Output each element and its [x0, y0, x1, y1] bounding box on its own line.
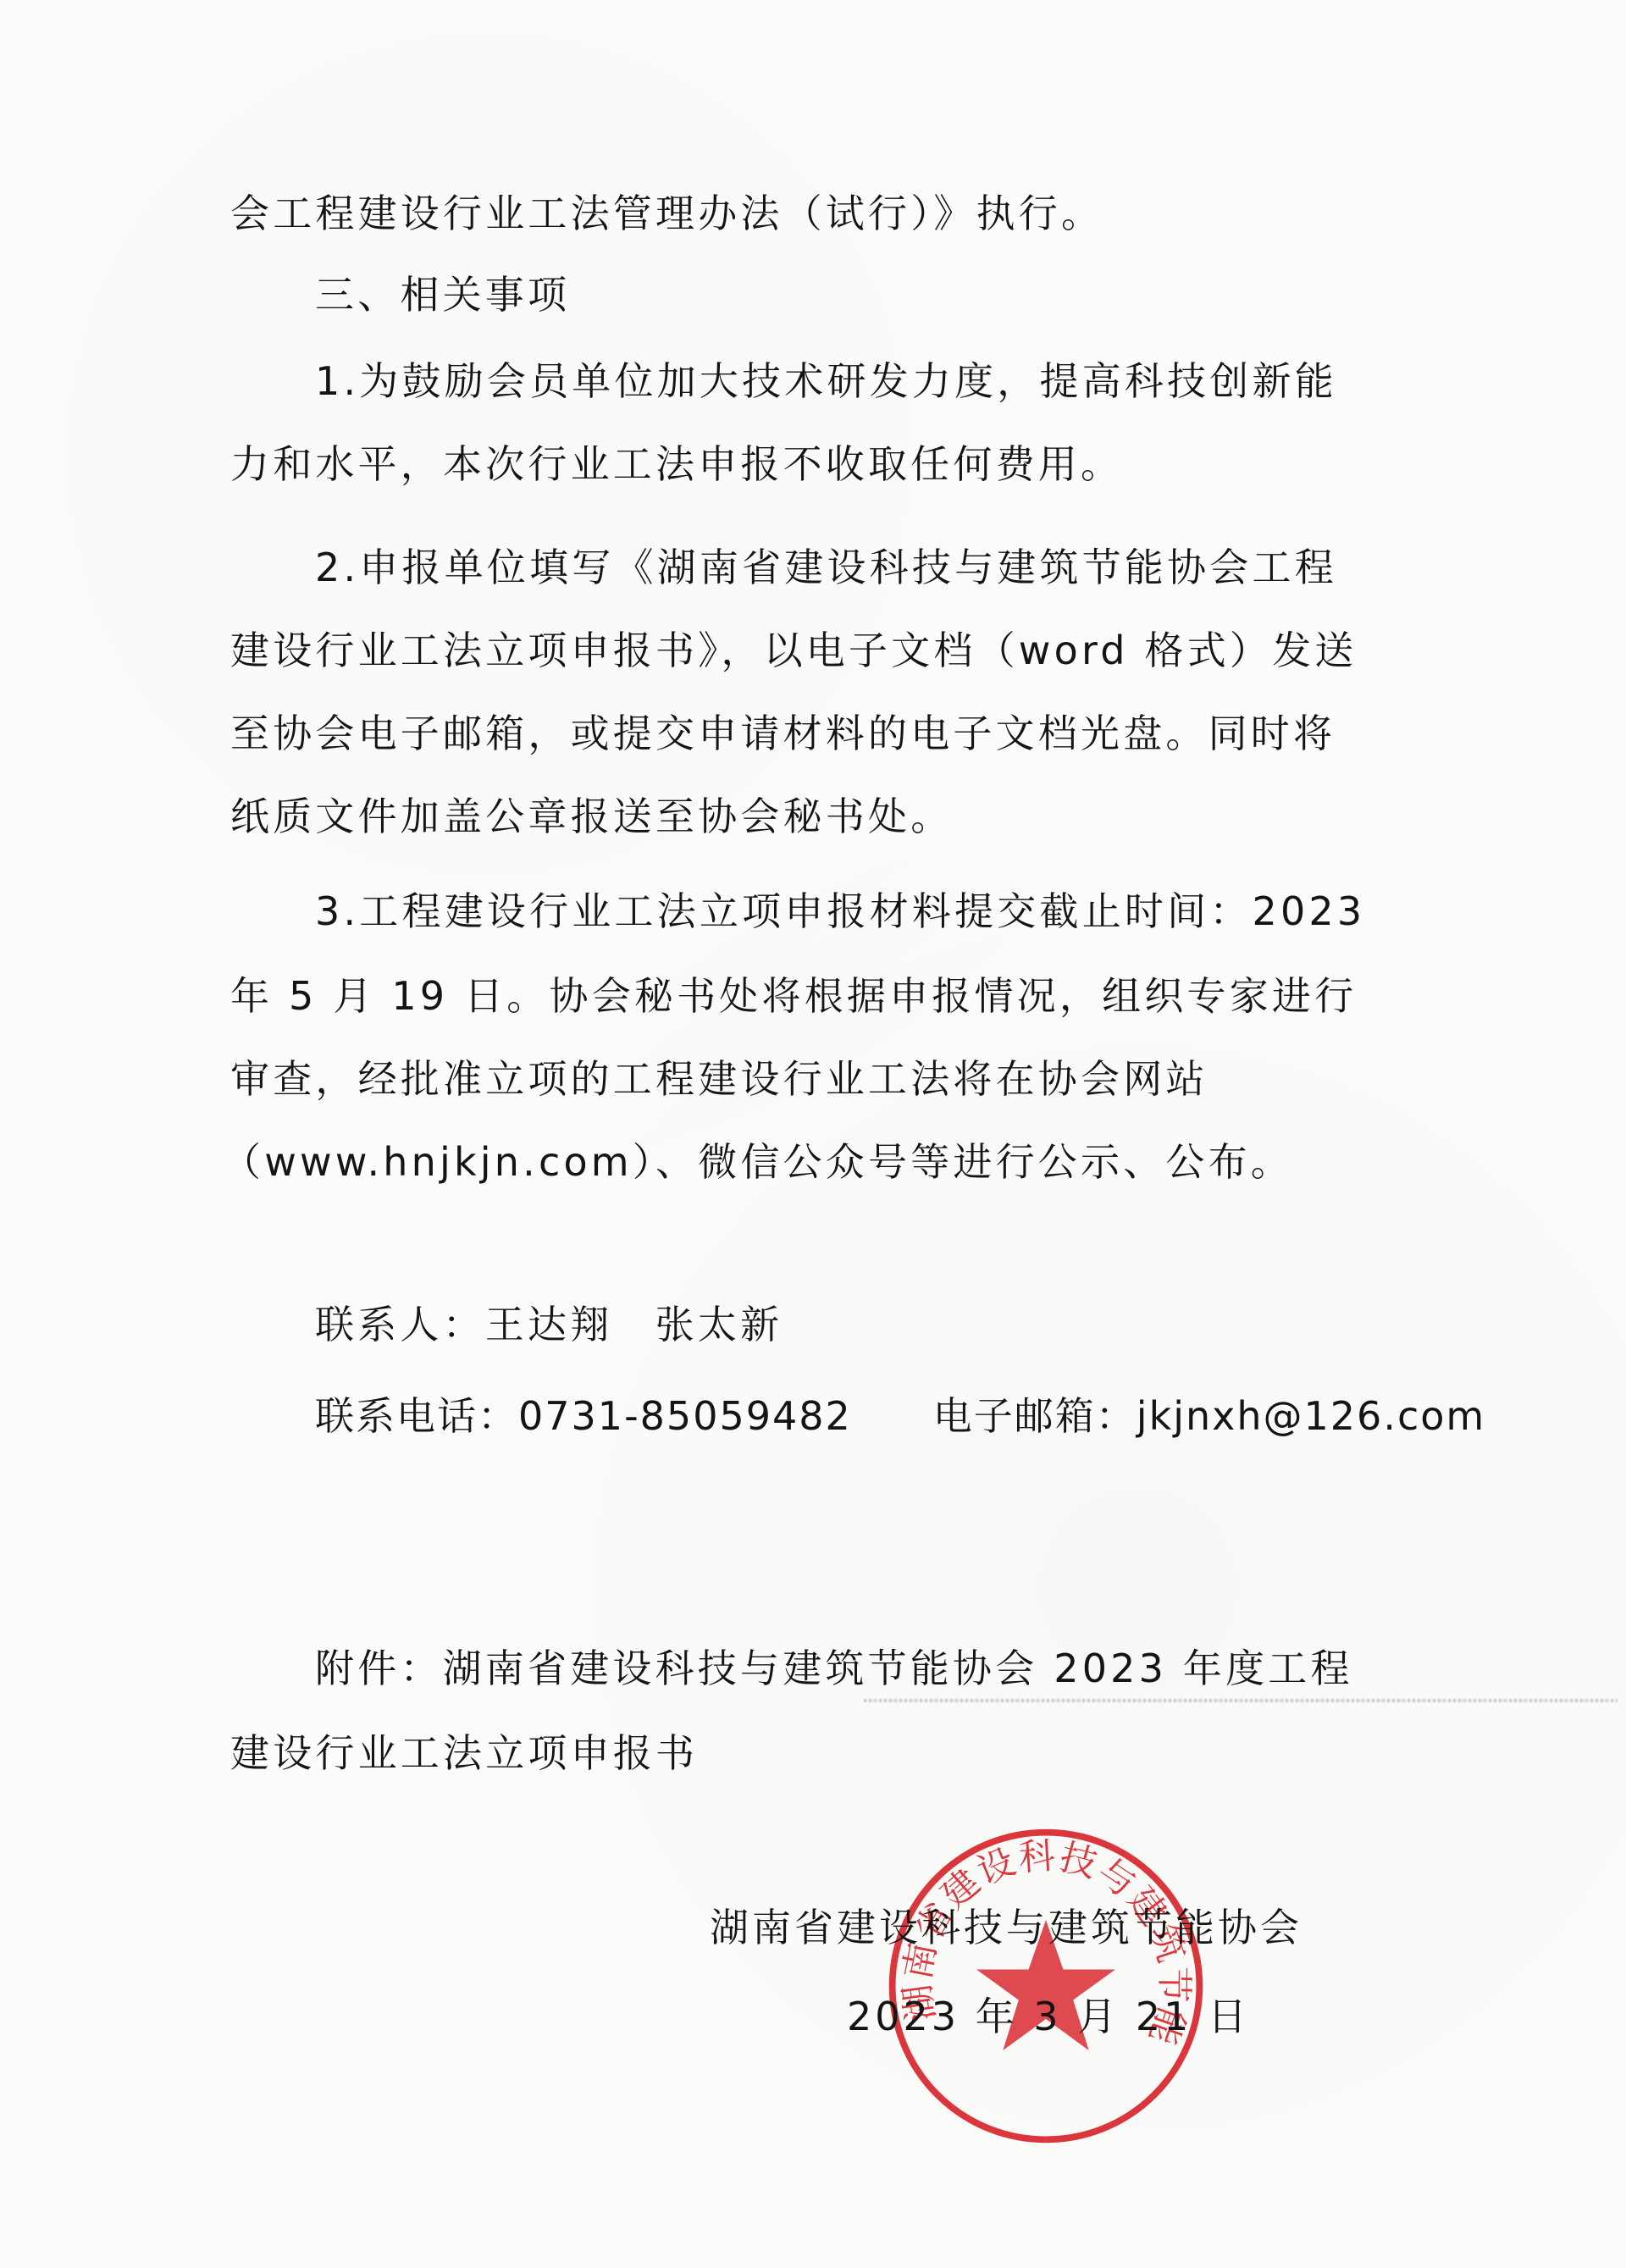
item-2-line-1: 2.申报单位填写《湖南省建设科技与建筑节能协会工程: [315, 542, 1337, 593]
item-1-line-1: 1.为鼓励会员单位加大技术研发力度，提高科技创新能: [315, 356, 1337, 407]
scan-artifact: [864, 1699, 1618, 1702]
item-3-line-3: 审查，经批准立项的工程建设行业工法将在协会网站: [230, 1054, 1208, 1104]
body-line-1: 会工程建设行业工法管理办法（试行）》执行。: [230, 188, 1103, 239]
item-3-line-1: 3.工程建设行业工法立项申报材料提交截止时间：2023: [315, 886, 1365, 937]
item-2-line-3: 至协会电子邮箱，或提交申请材料的电子文档光盘。同时将: [230, 708, 1336, 759]
signature-organization: 湖南省建设科技与建筑节能协会: [710, 1897, 1302, 1953]
item-3-line-2: 年 5 月 19 日。协会秘书处将根据申报情况，组织专家进行: [230, 971, 1357, 1021]
attachment-line-1: 附件：湖南省建设科技与建筑节能协会 2023 年度工程: [315, 1643, 1353, 1694]
item-3-line-4: （www.hnjkjn.com）、微信公众号等进行公示、公布。: [222, 1137, 1293, 1187]
section-heading-related-matters: 三、相关事项: [315, 269, 570, 320]
item-1-line-2: 力和水平，本次行业工法申报不收取任何费用。: [230, 439, 1123, 490]
contact-phone-email: 联系电话：0731-85059482 电子邮箱：jkjnxh@126.com: [315, 1391, 1485, 1441]
item-2-line-2: 建设行业工法立项申报书》，以电子文档（word 格式）发送: [230, 625, 1358, 676]
document-page: 会工程建设行业工法管理办法（试行）》执行。 三、相关事项 1.为鼓励会员单位加大…: [0, 0, 1626, 2268]
item-2-line-4: 纸质文件加盖公章报送至协会秘书处。: [230, 791, 953, 842]
attachment-line-2: 建设行业工法立项申报书: [230, 1728, 698, 1778]
contact-persons: 联系人：王达翔 张太新: [315, 1299, 783, 1350]
signature-date: 2023 年 3 月 21 日: [847, 1986, 1250, 2042]
